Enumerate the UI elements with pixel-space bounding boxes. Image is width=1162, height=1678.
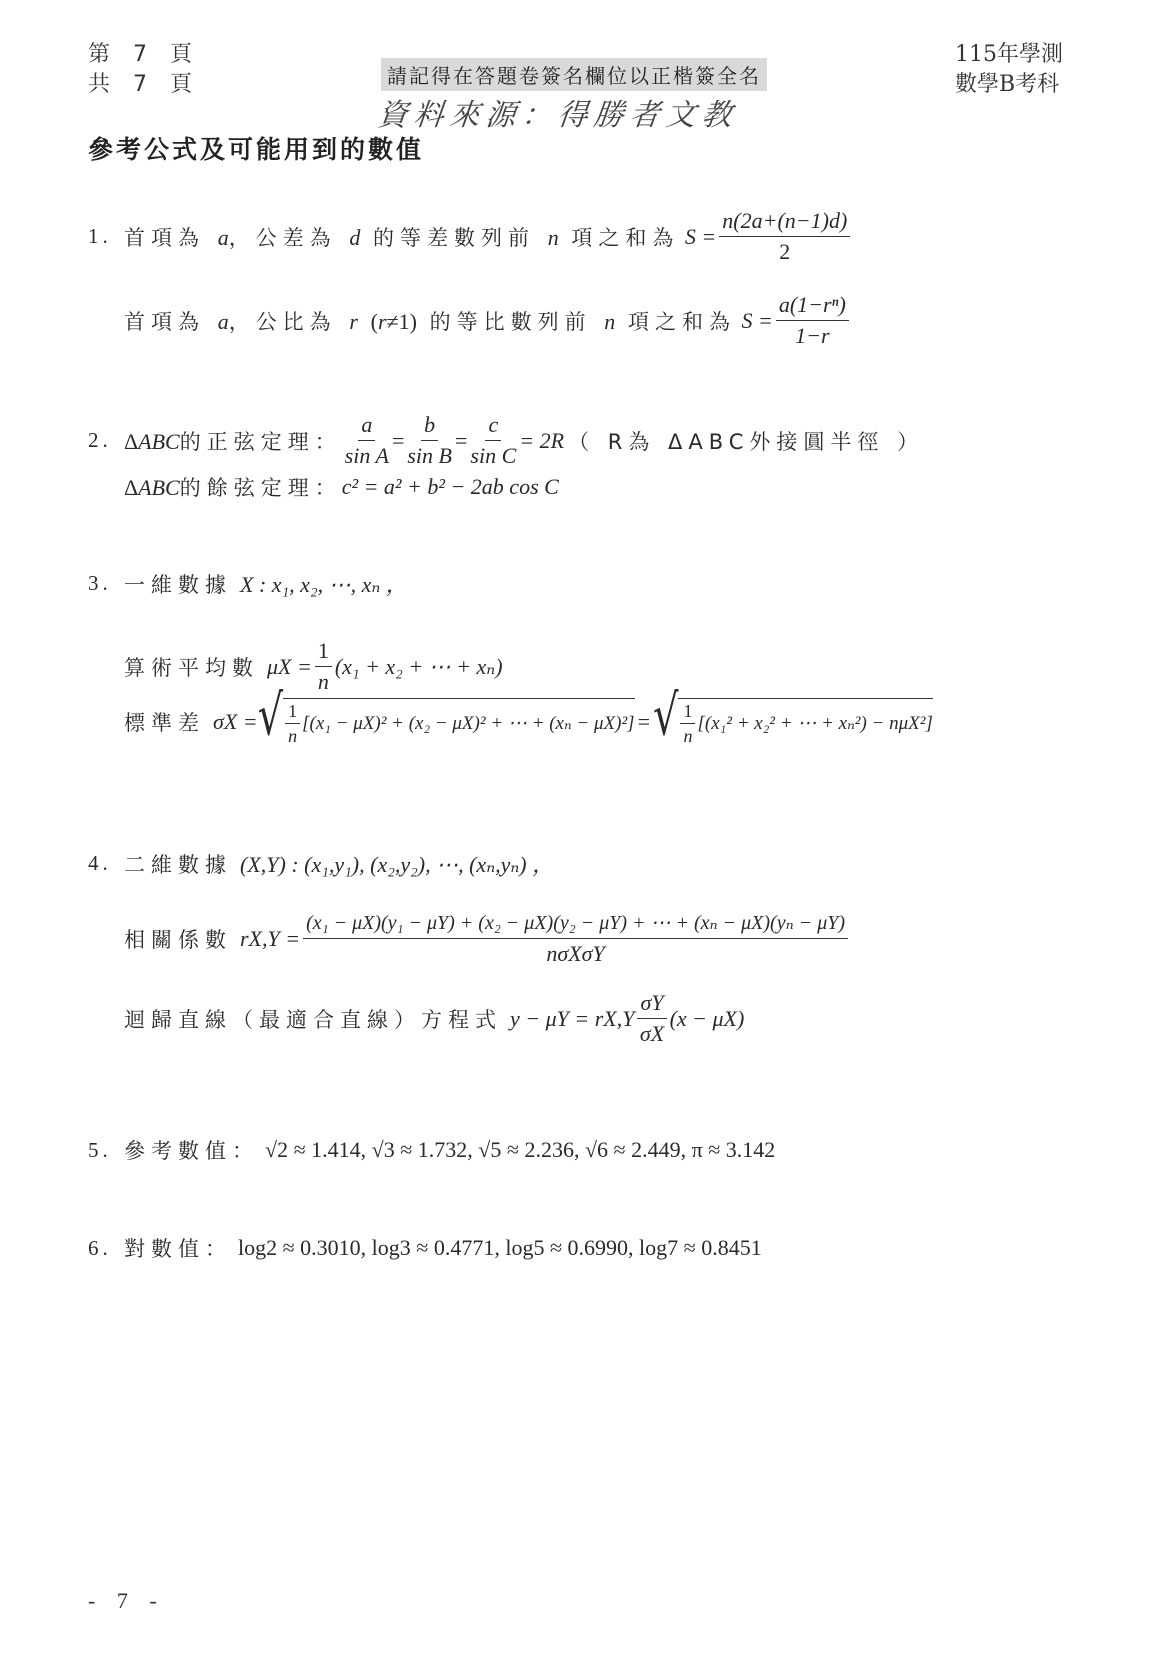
formula-body: (X,Y) : (x₁,y₁), (x₂,y₂), ⋯, (xₙ,yₙ) ， — [240, 848, 554, 879]
formula-1a: 1. 首項為 a，公差為 d 的等差數列前 n 項之和為 S = n(2a+(n… — [88, 208, 853, 265]
formula-1b: 首項為 a，公比為 r (r≠1) 的等比數列前 n 項之和為 S = a(1−… — [124, 292, 852, 349]
handwritten-source: 資料來源：得勝者文教 — [376, 90, 741, 134]
numerator: σY — [637, 990, 666, 1019]
denominator: 2 — [779, 237, 790, 265]
formula-label: ΔABC的餘弦定理： — [124, 472, 342, 502]
denominator: sin C — [470, 441, 516, 469]
formula-lhs: S = — [736, 308, 773, 334]
formula-text: 首項為 a，公差為 d 的等差數列前 n 項之和為 — [124, 222, 679, 252]
numerator: n(2a+(n−1)d) — [719, 208, 850, 237]
formula-label: 參考數值： — [124, 1135, 259, 1165]
numerator: b — [421, 412, 438, 441]
item-number: 2. — [88, 428, 124, 453]
fraction-a: a sin A — [345, 412, 389, 469]
formula-label: 二維數據 — [124, 849, 232, 879]
denominator: 1−r — [795, 321, 829, 349]
formula-tail: = 2R — [519, 428, 564, 454]
sqrt-expression-1: √ 1n [(x₁ − μX)² + (x₂ − μX)² + ⋯ + (xₙ … — [258, 698, 635, 746]
exam-year: 115年學測 — [955, 40, 1063, 70]
fraction: σY σX — [637, 990, 666, 1047]
formula-4c: 迴歸直線（最適合直線）方程式 y − μY = rX,Y σY σX (x − … — [124, 990, 744, 1047]
formula-note: （ R為 ΔABC外接圓半徑 ） — [568, 426, 924, 456]
sqrt-expression-2: √ 1n [(x₁² + x₂² + ⋯ + xₙ²) − nμX²] — [653, 698, 933, 746]
formula-rhs: (x − μX) — [670, 1006, 745, 1032]
radical-icon: √ — [258, 688, 284, 755]
formula-4a: 4. 二維數據 (X,Y) : (x₁,y₁), (x₂,y₂), ⋯, (xₙ… — [88, 848, 554, 879]
formula-3c: 標準差 σX = √ 1n [(x₁ − μX)² + (x₂ − μX)² +… — [124, 698, 933, 746]
formula-body: X : x₁, x₂, ⋯, xₙ ， — [240, 568, 408, 599]
formula-4b: 相關係數 rX,Y = (x₁ − μX)(y₁ − μY) + (x₂ − μ… — [124, 910, 851, 967]
numerator: a(1−rⁿ) — [776, 292, 849, 321]
numerator: (x₁ − μX)(y₁ − μY) + (x₂ − μX)(y₂ − μY) … — [303, 910, 848, 939]
formula-label: 一維數據 — [124, 569, 232, 599]
log-values: log2 ≈ 0.3010, log3 ≈ 0.4771, log5 ≈ 0.6… — [238, 1235, 762, 1261]
numerator: c — [485, 412, 501, 441]
formula-2a: 2. ΔABC的正弦定理： a sin A = b sin B = c sin … — [88, 412, 924, 469]
sqrt-body: [(x₁² + x₂² + ⋯ + xₙ²) − nμX²] — [697, 712, 932, 735]
exam-subject: 115年學測 數學B考科 — [955, 40, 1063, 100]
numerator: a — [358, 412, 375, 441]
signature-notice: 請記得在答題卷簽名欄位以正楷簽全名 — [381, 58, 767, 91]
denominator: nσXσY — [546, 939, 604, 967]
denominator: sin A — [345, 441, 389, 469]
reference-values: √2 ≈ 1.414, √3 ≈ 1.732, √5 ≈ 2.236, √6 ≈… — [265, 1137, 775, 1163]
formula-2b: ΔABC的餘弦定理： c² = a² + b² − 2ab cos C — [124, 472, 559, 502]
item-number: 4. — [88, 851, 124, 876]
formula-label: 迴歸直線（最適合直線）方程式 — [124, 1004, 502, 1034]
fraction-b: b sin B — [407, 412, 452, 469]
sqrt-body: [(x₁ − μX)² + (x₂ − μX)² + ⋯ + (xₙ − μX)… — [302, 712, 634, 735]
formula-label: 標準差 — [124, 707, 205, 737]
formula-lhs: μX = — [267, 654, 312, 680]
formula-3b: 算術平均數 μX = 1 n (x₁ + x₂ + ⋯ + xₙ) — [124, 638, 503, 695]
exam-subject-name: 數學B考科 — [955, 70, 1063, 100]
formula-text: 首項為 a，公比為 r (r≠1) 的等比數列前 n 項之和為 — [124, 306, 736, 336]
formula-rhs: (x₁ + x₂ + ⋯ + xₙ) — [335, 654, 503, 680]
fraction: (x₁ − μX)(y₁ − μY) + (x₂ − μX)(y₂ − μY) … — [303, 910, 848, 967]
page-title: 參考公式及可能用到的數值 — [88, 130, 424, 166]
denominator: sin B — [407, 441, 452, 469]
fraction: 1 n — [315, 638, 332, 695]
item-number: 3. — [88, 571, 124, 596]
formula-label: 相關係數 — [124, 924, 232, 954]
formula-body: c² = a² + b² − 2ab cos C — [342, 474, 559, 500]
item-number: 5. — [88, 1138, 124, 1163]
page-indicator: 第 7 頁 共 7 頁 — [88, 40, 200, 100]
item-number: 1. — [88, 224, 124, 249]
formula-lhs: S = — [679, 224, 716, 250]
formula-5: 5. 參考數值： √2 ≈ 1.414, √3 ≈ 1.732, √5 ≈ 2.… — [88, 1135, 775, 1165]
formula-lhs: y − μY = rX,Y — [510, 1006, 634, 1032]
numerator: 1 — [315, 638, 332, 667]
item-number: 6. — [88, 1236, 124, 1261]
current-page: 第 7 頁 — [88, 40, 200, 70]
formula-lhs: σX = — [213, 709, 258, 735]
formula-6: 6. 對數值： log2 ≈ 0.3010, log3 ≈ 0.4771, lo… — [88, 1233, 762, 1263]
formula-lhs: rX,Y = — [240, 926, 300, 952]
denominator: n — [318, 667, 329, 695]
formula-label: 對數值： — [124, 1233, 232, 1263]
radical-icon: √ — [653, 688, 679, 755]
formula-3a: 3. 一維數據 X : x₁, x₂, ⋯, xₙ ， — [88, 568, 408, 599]
fraction: n(2a+(n−1)d) 2 — [719, 208, 850, 265]
formula-label: 算術平均數 — [124, 652, 259, 682]
page-number: - 7 - — [88, 1588, 165, 1614]
formula-label: ΔABC的正弦定理： — [124, 426, 342, 456]
fraction: a(1−rⁿ) 1−r — [776, 292, 849, 349]
fraction-c: c sin C — [470, 412, 516, 469]
denominator: σX — [640, 1019, 664, 1047]
total-pages: 共 7 頁 — [88, 70, 200, 100]
